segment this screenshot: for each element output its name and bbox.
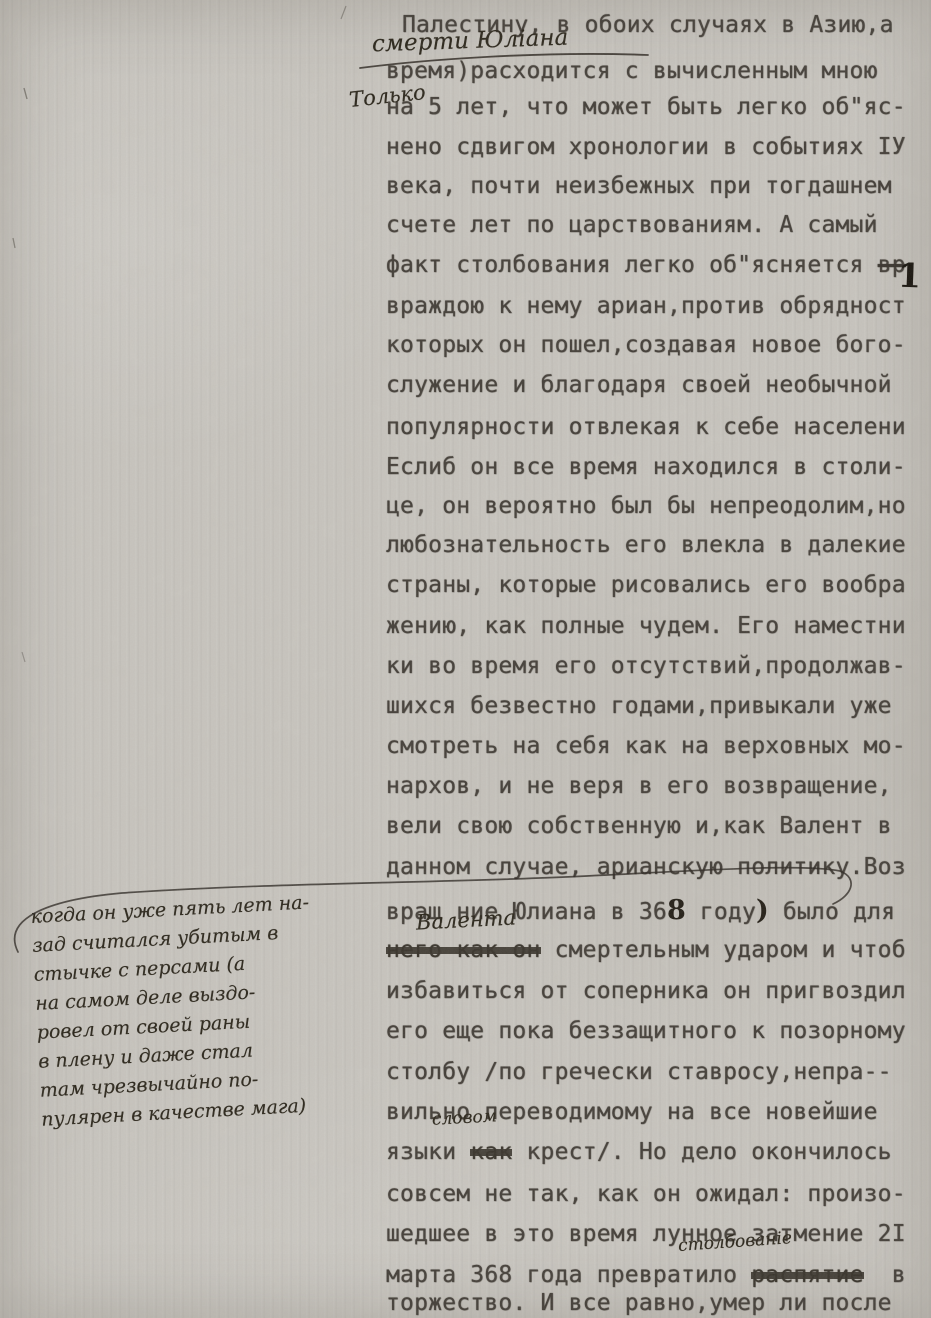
- typed-text: смертельным ударом и чтоб: [541, 937, 906, 963]
- typed-line-19: смотреть на себя как на верховных мо-: [386, 733, 906, 759]
- typed-line-32: марта 368 года превратило распятие в: [386, 1262, 906, 1288]
- paper-scratch-3: [341, 6, 346, 19]
- typed-line-12: Еслиб он все время находился в столи-: [386, 454, 906, 480]
- typed-line-14: любознательность его влекла в далекие: [386, 532, 906, 558]
- handwritten-correction-valenta: Валента: [415, 905, 516, 934]
- typed-line-18: шихся безвестно годами,привыкали уже: [386, 693, 892, 719]
- typed-text: торжество. И все равно,умер ли после: [386, 1290, 892, 1316]
- typed-text: совсем не так, как он ожидал: произо-: [386, 1181, 906, 1207]
- typed-text: жению, как полные чудем. Его наместни: [386, 613, 906, 639]
- paper-scratch-1: [24, 88, 27, 99]
- typed-line-31: шедшее в это время лунное затмение 2I: [386, 1221, 906, 1247]
- typed-line-15: страны, которые рисовались его вообра: [386, 572, 906, 598]
- typed-text: шедшее в это время лунное затмение 2I: [386, 1221, 906, 1247]
- typed-text: столбу /по гречески ставросу,непра--: [386, 1059, 892, 1085]
- typed-text: вели свою собственную и,как Валент в: [386, 813, 892, 839]
- typed-line-24: него как он смертельным ударом и чтоб: [386, 937, 906, 963]
- typed-line-22: данном случае, арианскую политику.Воз: [386, 854, 906, 880]
- typed-text: данном случае, арианскую политику.Воз: [386, 854, 906, 880]
- typed-text: в: [864, 1262, 906, 1288]
- typed-text: счете лет по царствованиям. А самый: [386, 212, 878, 238]
- typed-text: языки: [386, 1139, 470, 1165]
- typed-text: Еслиб он все время находился в столи-: [386, 454, 906, 480]
- typed-text: смотреть на себя как на верховных мо-: [386, 733, 906, 759]
- typed-line-6: счете лет по царствованиям. А самый: [386, 212, 878, 238]
- typed-line-16: жению, как полные чудем. Его наместни: [386, 613, 906, 639]
- typed-line-2: время)расходится с вычисленным мною: [386, 58, 878, 84]
- typed-text: факт столбования легко об"ясняется: [386, 252, 878, 278]
- typed-text: избавиться от соперника он пригвоздил: [386, 978, 906, 1004]
- typed-line-29: языки как крест/. Но дело окончилось: [386, 1139, 892, 1165]
- typed-text: це, он вероятно был бы непреодолим,но: [386, 493, 906, 519]
- typed-text: служение и благодаря своей необычной: [386, 372, 892, 398]
- typed-text: страны, которые рисовались его вообра: [386, 572, 906, 598]
- typed-line-4: нено сдвигом хронологии в событиях IУ: [386, 134, 906, 160]
- strike-heavy-text: распятие: [751, 1262, 863, 1288]
- typed-text: на 5 лет, что может быть легко об"яс-: [386, 94, 906, 120]
- typed-text: его еще пока беззащитного к позорному: [386, 1018, 906, 1044]
- typed-text: ки во время его отсутствий,продолжав-: [386, 653, 906, 679]
- typed-text: враждою к нему ариан,против обрядност: [386, 293, 906, 319]
- typed-text: популярности отвлекая к себе населени: [386, 414, 906, 440]
- typed-line-27: столбу /по гречески ставросу,непра--: [386, 1059, 892, 1085]
- typed-line-3: на 5 лет, что может быть легко об"яс-: [386, 94, 906, 120]
- handwritten-correction-slovom: словом: [432, 1106, 498, 1129]
- typed-line-21: вели свою собственную и,как Валент в: [386, 813, 892, 839]
- typed-line-13: це, он вероятно был бы непреодолим,но: [386, 493, 906, 519]
- typed-text: нено сдвигом хронологии в событиях IУ: [386, 134, 906, 160]
- paper-scratch-2: [13, 238, 15, 248]
- hand-inline-text: 8: [667, 895, 686, 926]
- typed-line-11: популярности отвлекая к себе населени: [386, 414, 906, 440]
- handwritten-margin-note: когда он уже пять лет на-зад считался уб…: [30, 886, 362, 1134]
- typed-line-17: ки во время его отсутствий,продолжав-: [386, 653, 906, 679]
- strike-heavy-text: него как он: [386, 937, 541, 963]
- typed-line-20: нархов, и не веря в его возвращение,: [386, 773, 892, 799]
- typed-text: века, почти неизбежных при тогдашнем: [386, 173, 892, 199]
- typed-text: шихся безвестно годами,привыкали уже: [386, 693, 892, 719]
- handwritten-insert-smerti-yuliana: смерти Юліана: [372, 25, 569, 58]
- typed-line-33: торжество. И все равно,умер ли после: [386, 1290, 892, 1316]
- typed-line-26: его еще пока беззащитного к позорному: [386, 1018, 906, 1044]
- typed-line-30: совсем не так, как он ожидал: произо-: [386, 1181, 906, 1207]
- typed-line-10: служение и благодаря своей необычной: [386, 372, 892, 398]
- typed-text: крест/. Но дело окончилось: [512, 1139, 891, 1165]
- paper-scratch-4: [22, 652, 25, 662]
- document-page: Палестину, в обоих случаях в Азию,авремя…: [0, 0, 931, 1318]
- typed-line-9: которых он пошел,создавая новое бого-: [386, 332, 906, 358]
- typed-text: нархов, и не веря в его возвращение,: [386, 773, 892, 799]
- typed-text: время)расходится с вычисленным мною: [386, 58, 878, 84]
- typed-text: было для: [769, 899, 895, 925]
- typed-line-5: века, почти неизбежных при тогдашнем: [386, 173, 892, 199]
- typed-line-25: избавиться от соперника он пригвоздил: [386, 978, 906, 1004]
- hand-inline-text: ): [756, 895, 769, 926]
- typed-line-7: факт столбования легко об"ясняется вр: [386, 252, 906, 278]
- typed-text: любознательность его влекла в далекие: [386, 532, 906, 558]
- typed-line-8: враждою к нему ариан,против обрядност: [386, 293, 906, 319]
- strike-heavy-text: как: [470, 1139, 512, 1165]
- typed-text: марта 368 года превратило: [386, 1262, 751, 1288]
- handwritten-page-mark: 1: [897, 256, 921, 296]
- typed-text: году: [686, 899, 756, 925]
- typed-text: которых он пошел,создавая новое бого-: [386, 332, 906, 358]
